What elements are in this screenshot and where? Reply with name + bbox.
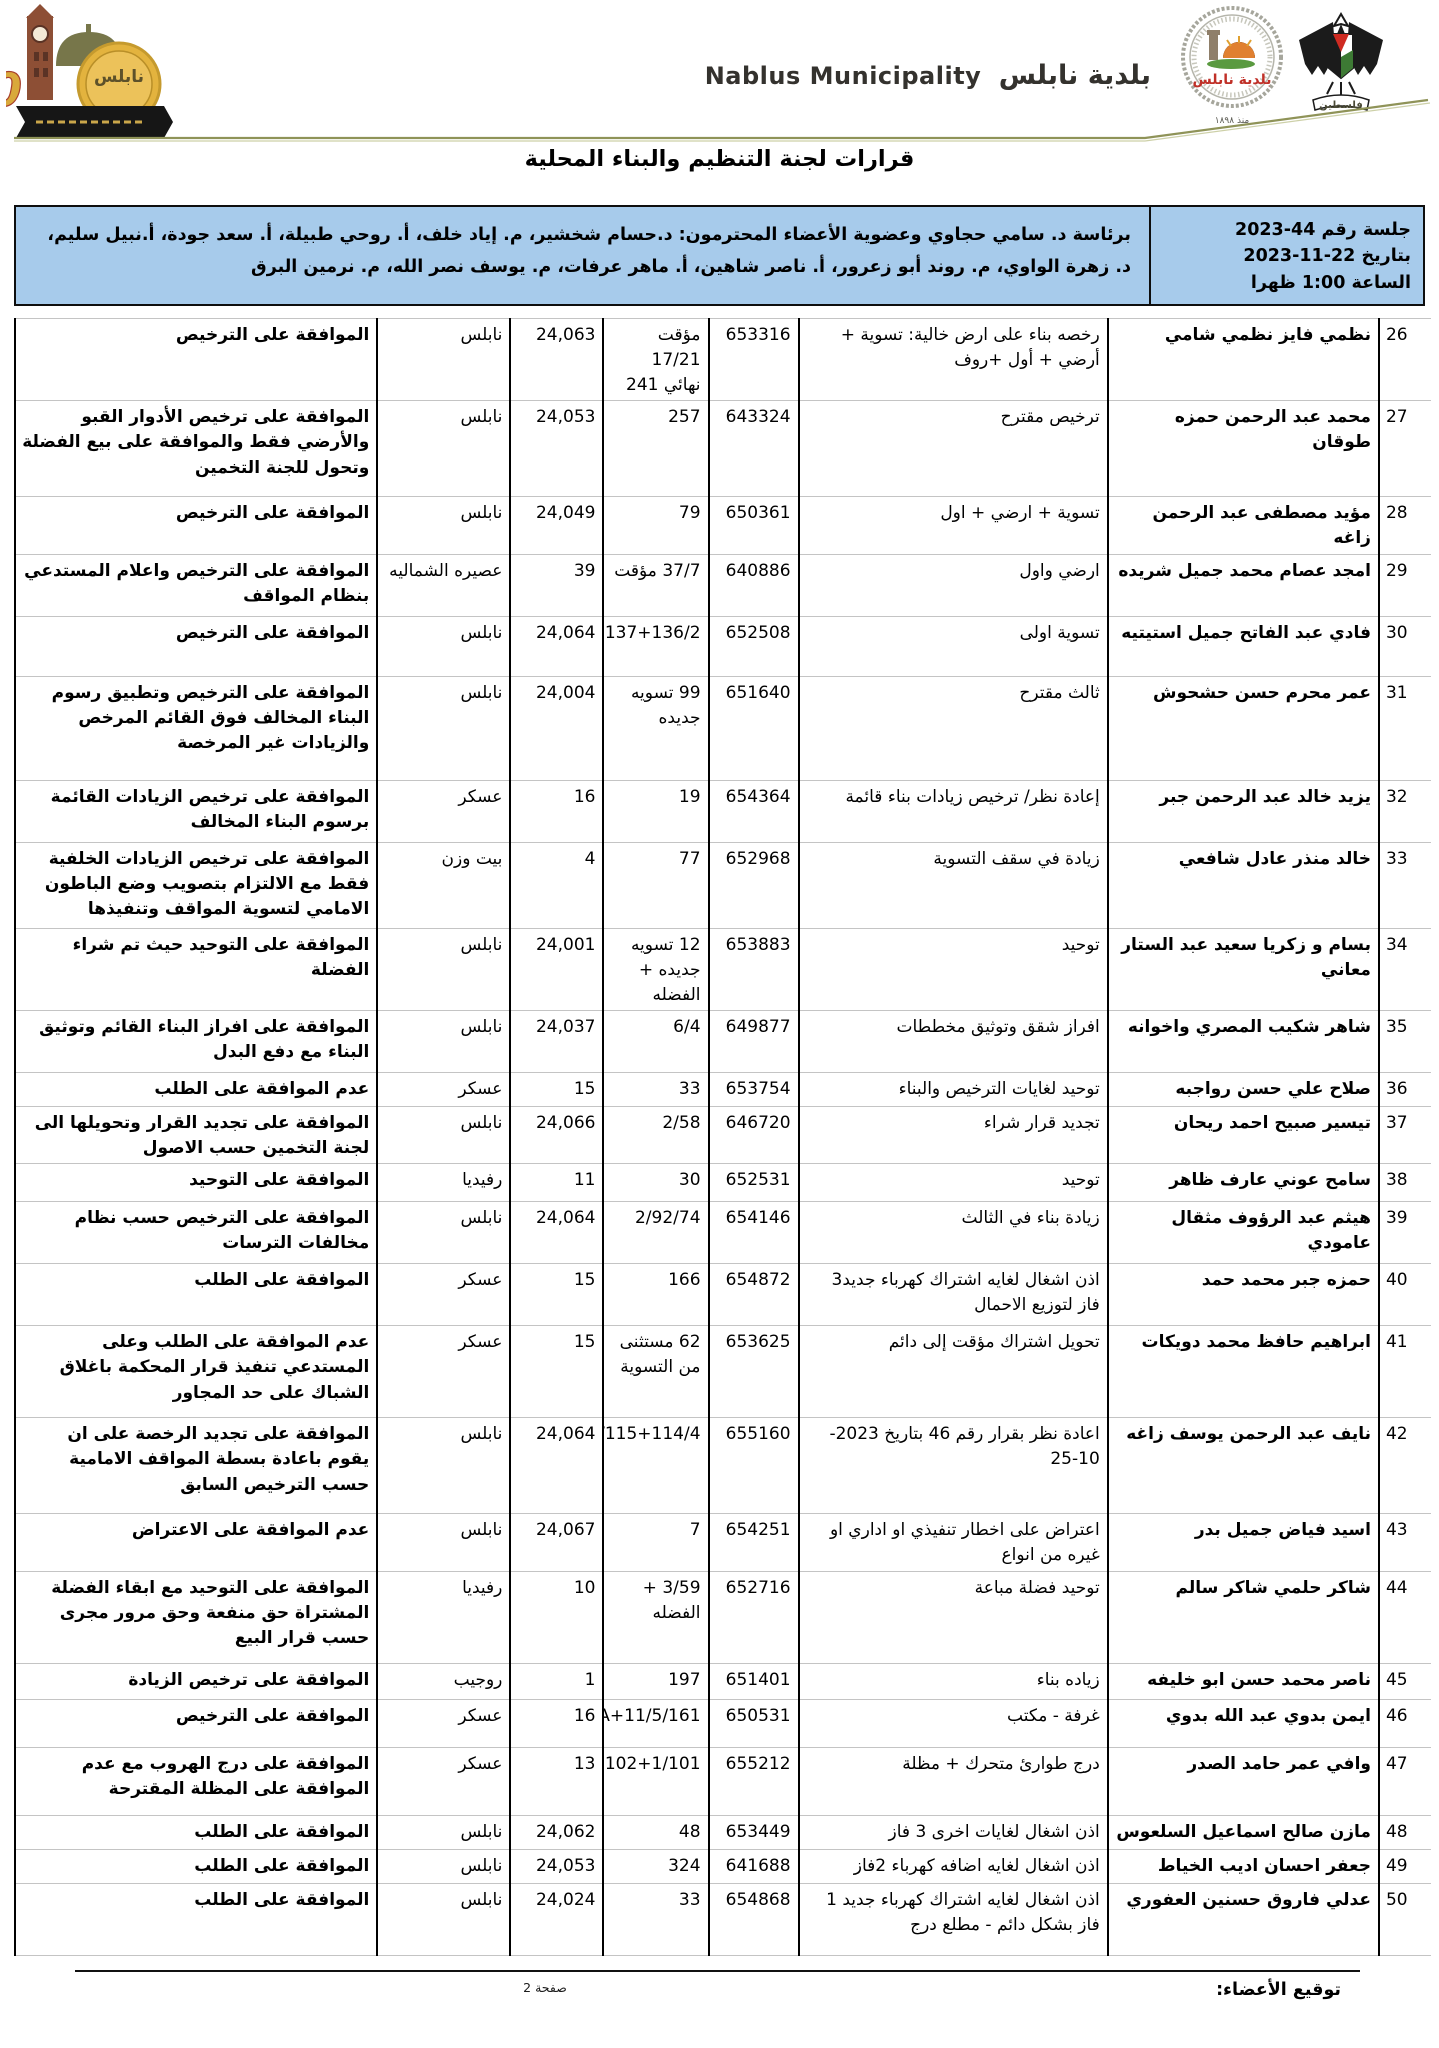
request-cell: توحيد لغايات الترخيص والبناء (799, 1073, 1108, 1107)
plot-number-cell: 6/4 (603, 1011, 708, 1073)
row-number-cell: 44 (1379, 1571, 1431, 1663)
table-row: 37 تيسير صبيح احمد ريحان تجديد قرار شراء… (15, 1107, 1431, 1164)
decision-cell: الموافقة على ترخيص الزيادات الخلفية فقط … (15, 842, 377, 928)
svg-text:نابلس: نابلس (94, 67, 144, 87)
file-number-cell: 654868 (709, 1883, 799, 1955)
applicant-name-cell: ايمن بدوي عبد الله بدوي (1108, 1699, 1379, 1747)
block-number-cell: 24,064 (510, 1418, 603, 1514)
applicant-name-cell: محمد عبد الرحمن حمزه طوقان (1108, 401, 1379, 497)
plot-number-cell: 324 (603, 1849, 708, 1883)
applicant-name-cell: اسيد فياض جميل بدر (1108, 1514, 1379, 1571)
block-number-cell: 24,066 (510, 1107, 603, 1164)
decision-cell: عدم الموافقة على الطلب وعلى المستدعي تنف… (15, 1326, 377, 1418)
location-cell: عسكر (377, 1073, 510, 1107)
plot-number-cell: 137+136/2 (603, 616, 708, 676)
location-cell: نابلس (377, 1107, 510, 1164)
table-row: 41 ابراهيم حافظ محمد دويكات تحويل اشتراك… (15, 1326, 1431, 1418)
municipality-name-arabic: بلدية نابلس (999, 60, 1151, 91)
location-cell: نابلس (377, 1815, 510, 1849)
table-row: 28 مؤيد مصطفى عبد الرحمن زاغه تسوية + ار… (15, 497, 1431, 554)
block-number-cell: 15 (510, 1264, 603, 1326)
file-number-cell: 653625 (709, 1326, 799, 1418)
session-attendees: برئاسة د. سامي حجاوي وعضوية الأعضاء المح… (16, 207, 1149, 304)
table-row: 31 عمر محرم حسن حشحوش ثالث مقترح 651640 … (15, 676, 1431, 780)
applicant-name-cell: يزيد خالد عبد الرحمن جبر (1108, 780, 1379, 842)
applicant-name-cell: هيثم عبد الرؤوف مثقال عامودي (1108, 1202, 1379, 1264)
decision-cell: الموافقة على درج الهروب مع عدم الموافقة … (15, 1747, 377, 1815)
decision-cell: الموافقة على ترخيص الأدوار القبو والأرضي… (15, 401, 377, 497)
decision-cell: الموافقة على الطلب (15, 1849, 377, 1883)
file-number-cell: 640886 (709, 554, 799, 616)
request-cell: اعتراض على اخطار تنفيذي او اداري او غيره… (799, 1514, 1108, 1571)
decision-cell: الموافقة على الطلب (15, 1815, 377, 1849)
block-number-cell: 24,024 (510, 1883, 603, 1955)
plot-number-cell: 48 (603, 1815, 708, 1849)
decision-cell: الموافقة على الترخيص وتطبيق رسوم البناء … (15, 676, 377, 780)
applicant-name-cell: مؤيد مصطفى عبد الرحمن زاغه (1108, 497, 1379, 554)
decision-cell: الموافقة على تجديد القرار وتحويلها الى ل… (15, 1107, 377, 1164)
block-number-cell: 24,001 (510, 928, 603, 1010)
row-number-cell: 50 (1379, 1883, 1431, 1955)
row-number-cell: 29 (1379, 554, 1431, 616)
request-cell: إعادة نظر/ ترخيص زيادات بناء قائمة (799, 780, 1108, 842)
table-row: 48 مازن صالح اسماعيل السلعوس اذن اشغال ل… (15, 1815, 1431, 1849)
request-cell: تجديد قرار شراء (799, 1107, 1108, 1164)
row-number-cell: 36 (1379, 1073, 1431, 1107)
file-number-cell: 643324 (709, 401, 799, 497)
plot-number-cell: 7 (603, 1514, 708, 1571)
page-number: صفحة 2 (500, 1980, 590, 1995)
plot-number-cell: 33 (603, 1883, 708, 1955)
block-number-cell: 16 (510, 780, 603, 842)
row-number-cell: 45 (1379, 1663, 1431, 1699)
block-number-cell: 24,004 (510, 676, 603, 780)
file-number-cell: 652531 (709, 1164, 799, 1202)
plot-number-cell: 19 (603, 780, 708, 842)
block-number-cell: 15 (510, 1326, 603, 1418)
decision-cell: عدم الموافقة على الطلب (15, 1073, 377, 1107)
block-number-cell: 1 (510, 1663, 603, 1699)
file-number-cell: 653883 (709, 928, 799, 1010)
row-number-cell: 40 (1379, 1264, 1431, 1326)
applicant-name-cell: ناصر محمد حسن ابو خليفه (1108, 1663, 1379, 1699)
location-cell: نابلس (377, 318, 510, 400)
plot-number-cell: 166 (603, 1264, 708, 1326)
applicant-name-cell: تيسير صبيح احمد ريحان (1108, 1107, 1379, 1164)
block-number-cell: 24,067 (510, 1514, 603, 1571)
municipality-wordmark: بلدية نابلس Nablus Municipality (705, 60, 1151, 91)
row-number-cell: 27 (1379, 401, 1431, 497)
location-cell: عسكر (377, 1699, 510, 1747)
file-number-cell: 653449 (709, 1815, 799, 1849)
request-cell: زيادة بناء في الثالث (799, 1202, 1108, 1264)
request-cell: تسوية + ارضي + اول (799, 497, 1108, 554)
plot-number-cell: 2/92/74 (603, 1202, 708, 1264)
table-row: 36 صلاح علي حسن رواجبه توحيد لغايات التر… (15, 1073, 1431, 1107)
location-cell: نابلس (377, 1418, 510, 1514)
request-cell: زياده بناء (799, 1663, 1108, 1699)
decisions-table-body: 26 نظمي فايز نظمي شامي رخصه بناء على ارض… (15, 318, 1431, 1955)
file-number-cell: 655160 (709, 1418, 799, 1514)
block-number-cell: 24,049 (510, 497, 603, 554)
table-row: 42 نايف عبد الرحمن يوسف زاغه اعادة نظر ب… (15, 1418, 1431, 1514)
table-row: 27 محمد عبد الرحمن حمزه طوقان ترخيص مقتر… (15, 401, 1431, 497)
file-number-cell: 652508 (709, 616, 799, 676)
row-number-cell: 47 (1379, 1747, 1431, 1815)
session-details: جلسة رقم 44-2023 بتاريخ 22-11-2023 الساع… (1149, 207, 1423, 304)
file-number-cell: 655212 (709, 1747, 799, 1815)
table-row: 47 وافي عمر حامد الصدر درج طوارئ متحرك +… (15, 1747, 1431, 1815)
plot-number-cell: 12 تسويه جديده + الفضله (603, 928, 708, 1010)
applicant-name-cell: عمر محرم حسن حشحوش (1108, 676, 1379, 780)
plot-number-cell: 74/115+114/4 (603, 1418, 708, 1514)
table-row: 29 امجد عصام محمد جميل شريده ارضي واول 6… (15, 554, 1431, 616)
session-number: جلسة رقم 44-2023 (1157, 217, 1411, 243)
plot-number-cell: 197 (603, 1663, 708, 1699)
municipality-name-english: Nablus Municipality (705, 62, 982, 90)
decision-cell: الموافقة على ترخيص الزيادة (15, 1663, 377, 1699)
table-row: 33 خالد منذر عادل شافعي زيادة في سقف الت… (15, 842, 1431, 928)
row-number-cell: 41 (1379, 1326, 1431, 1418)
applicant-name-cell: ابراهيم حافظ محمد دويكات (1108, 1326, 1379, 1418)
block-number-cell: 24,064 (510, 616, 603, 676)
block-number-cell: 13 (510, 1747, 603, 1815)
plot-number-cell: مؤقت 17/21 نهائي 241 (603, 318, 708, 400)
file-number-cell: 652968 (709, 842, 799, 928)
svg-text:بلدية نابلس: بلدية نابلس (1193, 72, 1272, 88)
file-number-cell: 651401 (709, 1663, 799, 1699)
table-row: 40 حمزه جبر محمد حمد اذن اشغال لغايه اشت… (15, 1264, 1431, 1326)
decision-cell: الموافقة على ترخيص الزيادات القائمة برسو… (15, 780, 377, 842)
location-cell: نابلس (377, 401, 510, 497)
location-cell: نابلس (377, 1849, 510, 1883)
request-cell: اذن اشغال لغايه اشتراك كهرباء جديد 1 فاز… (799, 1883, 1108, 1955)
location-cell: نابلس (377, 928, 510, 1010)
block-number-cell: 15 (510, 1073, 603, 1107)
decision-cell: الموافقة على الترخيص واعلام المستدعي بنظ… (15, 554, 377, 616)
file-number-cell: 652716 (709, 1571, 799, 1663)
block-number-cell: 39 (510, 554, 603, 616)
decision-cell: الموافقة على الترخيص (15, 616, 377, 676)
plot-number-cell: 2/58 (603, 1107, 708, 1164)
decision-cell: الموافقة على التوحيد مع ابقاء الفضلة الم… (15, 1571, 377, 1663)
file-number-cell: 654364 (709, 780, 799, 842)
request-cell: ارضي واول (799, 554, 1108, 616)
request-cell: اذن اشغال لغايات اخرى 3 فاز (799, 1815, 1108, 1849)
file-number-cell: 650531 (709, 1699, 799, 1747)
plot-number-cell: 37/7 مؤقت (603, 554, 708, 616)
applicant-name-cell: نايف عبد الرحمن يوسف زاغه (1108, 1418, 1379, 1514)
block-number-cell: 16 (510, 1699, 603, 1747)
decision-cell: الموافقة على الترخيص (15, 318, 377, 400)
plot-number-cell: B/A+11/5/161 (603, 1699, 708, 1747)
request-cell: توحيد (799, 1164, 1108, 1202)
plot-number-cell: 62 مستثنى من التسوية (603, 1326, 708, 1418)
request-cell: اذن اشغال لغايه اشتراك كهرباء جديد3 فاز … (799, 1264, 1108, 1326)
plot-number-cell: 3/59 + الفضله (603, 1571, 708, 1663)
location-cell: نابلس (377, 616, 510, 676)
location-cell: عسكر (377, 1326, 510, 1418)
request-cell: اعادة نظر بقرار رقم 46 بتاريخ 2023-10-25 (799, 1418, 1108, 1514)
row-number-cell: 34 (1379, 928, 1431, 1010)
location-cell: رفيديا (377, 1164, 510, 1202)
row-number-cell: 26 (1379, 318, 1431, 400)
applicant-name-cell: عدلي فاروق حسنين العفوري (1108, 1883, 1379, 1955)
row-number-cell: 30 (1379, 616, 1431, 676)
request-cell: ترخيص مقترح (799, 401, 1108, 497)
decision-cell: الموافقة على الترخيص (15, 1699, 377, 1747)
file-number-cell: 646720 (709, 1107, 799, 1164)
row-number-cell: 48 (1379, 1815, 1431, 1849)
table-row: 30 فادي عبد الفاتح جميل استيتيه تسوية او… (15, 616, 1431, 676)
decisions-table: 26 نظمي فايز نظمي شامي رخصه بناء على ارض… (14, 318, 1431, 1956)
request-cell: درج طوارئ متحرك + مظلة (799, 1747, 1108, 1815)
applicant-name-cell: شاكر حلمي شاكر سالم (1108, 1571, 1379, 1663)
signature-rule (75, 1970, 1360, 1972)
file-number-cell: 654146 (709, 1202, 799, 1264)
document-page: نابلس 150 بلدية نابلس Nablus Municipalit… (0, 0, 1439, 2048)
file-number-cell: 649877 (709, 1011, 799, 1073)
block-number-cell: 4 (510, 842, 603, 928)
file-number-cell: 651640 (709, 676, 799, 780)
decision-cell: الموافقة على تجديد الرخصة على ان يقوم با… (15, 1418, 377, 1514)
plot-number-cell: 33 (603, 1073, 708, 1107)
table-row: 43 اسيد فياض جميل بدر اعتراض على اخطار ت… (15, 1514, 1431, 1571)
file-number-cell: 653316 (709, 318, 799, 400)
request-cell: رخصه بناء على ارض خالية: تسوية + أرضي + … (799, 318, 1108, 400)
applicant-name-cell: وافي عمر حامد الصدر (1108, 1747, 1379, 1815)
table-row: 35 شاهر شكيب المصري واخوانه افراز شقق وت… (15, 1011, 1431, 1073)
request-cell: زيادة في سقف التسوية (799, 842, 1108, 928)
decision-cell: الموافقة على افراز البناء القائم وتوثيق … (15, 1011, 377, 1073)
request-cell: ثالث مقترح (799, 676, 1108, 780)
signature-label: توقيع الأعضاء: (0, 1980, 1341, 2000)
block-number-cell: 10 (510, 1571, 603, 1663)
block-number-cell: 24,053 (510, 1849, 603, 1883)
table-row: 45 ناصر محمد حسن ابو خليفه زياده بناء 65… (15, 1663, 1431, 1699)
file-number-cell: 650361 (709, 497, 799, 554)
decision-cell: الموافقة على الترخيص حسب نظام مخالفات ال… (15, 1202, 377, 1264)
table-row: 34 بسام و زكريا سعيد عبد الستار معاني تو… (15, 928, 1431, 1010)
file-number-cell: 654872 (709, 1264, 799, 1326)
applicant-name-cell: نظمي فايز نظمي شامي (1108, 318, 1379, 400)
table-row: 46 ايمن بدوي عبد الله بدوي غرفة - مكتب 6… (15, 1699, 1431, 1747)
row-number-cell: 31 (1379, 676, 1431, 780)
row-number-cell: 39 (1379, 1202, 1431, 1264)
plot-number-cell: A/103+102+1/101 (603, 1747, 708, 1815)
request-cell: افراز شقق وتوثيق مخططات (799, 1011, 1108, 1073)
location-cell: بيت وزن (377, 842, 510, 928)
plot-number-cell: 30 (603, 1164, 708, 1202)
applicant-name-cell: سامح عوني عارف ظاهر (1108, 1164, 1379, 1202)
file-number-cell: 641688 (709, 1849, 799, 1883)
location-cell: نابلس (377, 1883, 510, 1955)
location-cell: روجيب (377, 1663, 510, 1699)
row-number-cell: 42 (1379, 1418, 1431, 1514)
decision-cell: الموافقة على التوحيد حيث تم شراء الفضلة (15, 928, 377, 1010)
applicant-name-cell: خالد منذر عادل شافعي (1108, 842, 1379, 928)
location-cell: نابلس (377, 497, 510, 554)
row-number-cell: 32 (1379, 780, 1431, 842)
row-number-cell: 33 (1379, 842, 1431, 928)
block-number-cell: 11 (510, 1164, 603, 1202)
row-number-cell: 28 (1379, 497, 1431, 554)
location-cell: نابلس (377, 1514, 510, 1571)
plot-number-cell: 99 تسويه جديده (603, 676, 708, 780)
location-cell: عسكر (377, 1264, 510, 1326)
row-number-cell: 43 (1379, 1514, 1431, 1571)
location-cell: نابلس (377, 1011, 510, 1073)
applicant-name-cell: بسام و زكريا سعيد عبد الستار معاني (1108, 928, 1379, 1010)
applicant-name-cell: جعفر احسان اديب الخياط (1108, 1849, 1379, 1883)
page-title: قرارات لجنة التنظيم والبناء المحلية (0, 146, 1439, 172)
table-row: 50 عدلي فاروق حسنين العفوري اذن اشغال لغ… (15, 1883, 1431, 1955)
decision-cell: عدم الموافقة على الاعتراض (15, 1514, 377, 1571)
applicant-name-cell: حمزه جبر محمد حمد (1108, 1264, 1379, 1326)
block-number-cell: 24,064 (510, 1202, 603, 1264)
decision-cell: الموافقة على الترخيص (15, 497, 377, 554)
request-cell: غرفة - مكتب (799, 1699, 1108, 1747)
table-row: 44 شاكر حلمي شاكر سالم توحيد فضلة مباعة … (15, 1571, 1431, 1663)
table-row: 32 يزيد خالد عبد الرحمن جبر إعادة نظر/ ت… (15, 780, 1431, 842)
row-number-cell: 49 (1379, 1849, 1431, 1883)
applicant-name-cell: شاهر شكيب المصري واخوانه (1108, 1011, 1379, 1073)
request-cell: تحويل اشتراك مؤقت إلى دائم (799, 1326, 1108, 1418)
table-row: 39 هيثم عبد الرؤوف مثقال عامودي زيادة بن… (15, 1202, 1431, 1264)
plot-number-cell: 257 (603, 401, 708, 497)
row-number-cell: 46 (1379, 1699, 1431, 1747)
row-number-cell: 37 (1379, 1107, 1431, 1164)
applicant-name-cell: صلاح علي حسن رواجبه (1108, 1073, 1379, 1107)
block-number-cell: 24,053 (510, 401, 603, 497)
request-cell: تسوية اولى (799, 616, 1108, 676)
table-row: 49 جعفر احسان اديب الخياط اذن اشغال لغاي… (15, 1849, 1431, 1883)
location-cell: نابلس (377, 676, 510, 780)
decision-cell: الموافقة على الطلب (15, 1883, 377, 1955)
location-cell: رفيديا (377, 1571, 510, 1663)
plot-number-cell: 79 (603, 497, 708, 554)
header-divider-line (0, 94, 1439, 146)
plot-number-cell: 77 (603, 842, 708, 928)
session-info-bar: جلسة رقم 44-2023 بتاريخ 22-11-2023 الساع… (14, 205, 1425, 306)
block-number-cell: 24,063 (510, 318, 603, 400)
request-cell: توحيد فضلة مباعة (799, 1571, 1108, 1663)
session-date: بتاريخ 22-11-2023 (1157, 243, 1411, 269)
table-row: 38 سامح عوني عارف ظاهر توحيد 652531 30 1… (15, 1164, 1431, 1202)
location-cell: نابلس (377, 1202, 510, 1264)
decision-cell: الموافقة على التوحيد (15, 1164, 377, 1202)
request-cell: اذن اشغال لغايه اضافه كهرباء 2فاز (799, 1849, 1108, 1883)
document-header: نابلس 150 بلدية نابلس Nablus Municipalit… (0, 0, 1439, 205)
applicant-name-cell: امجد عصام محمد جميل شريده (1108, 554, 1379, 616)
block-number-cell: 24,062 (510, 1815, 603, 1849)
applicant-name-cell: مازن صالح اسماعيل السلعوس (1108, 1815, 1379, 1849)
table-row: 26 نظمي فايز نظمي شامي رخصه بناء على ارض… (15, 318, 1431, 400)
location-cell: عسكر (377, 780, 510, 842)
session-time: الساعة 1:00 ظهرا (1157, 270, 1411, 296)
request-cell: توحيد (799, 928, 1108, 1010)
file-number-cell: 653754 (709, 1073, 799, 1107)
row-number-cell: 35 (1379, 1011, 1431, 1073)
location-cell: عسكر (377, 1747, 510, 1815)
file-number-cell: 654251 (709, 1514, 799, 1571)
decision-cell: الموافقة على الطلب (15, 1264, 377, 1326)
block-number-cell: 24,037 (510, 1011, 603, 1073)
applicant-name-cell: فادي عبد الفاتح جميل استيتيه (1108, 616, 1379, 676)
row-number-cell: 38 (1379, 1164, 1431, 1202)
location-cell: عصيره الشماليه (377, 554, 510, 616)
